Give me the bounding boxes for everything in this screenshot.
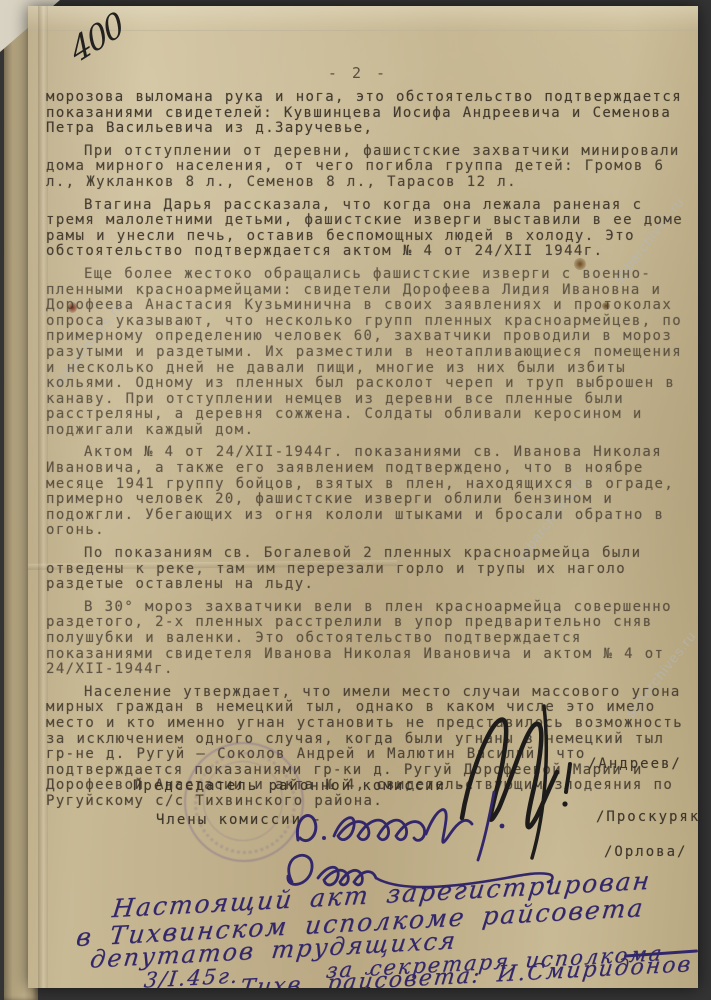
page-number: - 2 - xyxy=(313,64,403,82)
typed-paragraph: Еще более жестоко обращались фашистские … xyxy=(46,267,688,439)
members-label: Члены комиссии - xyxy=(156,812,323,828)
stamp-inner-circle xyxy=(203,761,283,841)
typed-paragraph: В 30° мороз захватчики вели в плен красн… xyxy=(46,600,688,678)
typed-paragraph: По показаниям св. Богалевой 2 пленных кр… xyxy=(46,546,688,593)
typed-paragraph: Втагина Дарья рассказала, что когда она … xyxy=(46,198,688,260)
round-stamp xyxy=(184,742,304,862)
typed-paragraph: морозова выломана рука и нога, это обсто… xyxy=(46,90,688,137)
chairman-label: Председатель районной комиссии - xyxy=(133,778,467,794)
scanned-document: spbarchives.ru spbarchives.ru spbarchive… xyxy=(0,0,711,1000)
typed-paragraph: При отступлении от деревни, фашистские з… xyxy=(46,144,688,191)
typed-text-block: морозова выломана рука и нога, это обсто… xyxy=(46,90,688,817)
chairman-name: /Андреев/ xyxy=(588,756,682,772)
member-name-orlova: /Орлова/ xyxy=(604,844,687,860)
typed-paragraph: Актом № 4 от 24/XII-1944г. показаниями с… xyxy=(46,445,688,539)
document-page: spbarchives.ru spbarchives.ru spbarchive… xyxy=(28,6,698,988)
member-name-proskuryakov: /Проскуряков xyxy=(596,809,698,825)
top-fold-band xyxy=(28,6,698,31)
registration-note-date: 3/I.45г. xyxy=(143,963,241,988)
